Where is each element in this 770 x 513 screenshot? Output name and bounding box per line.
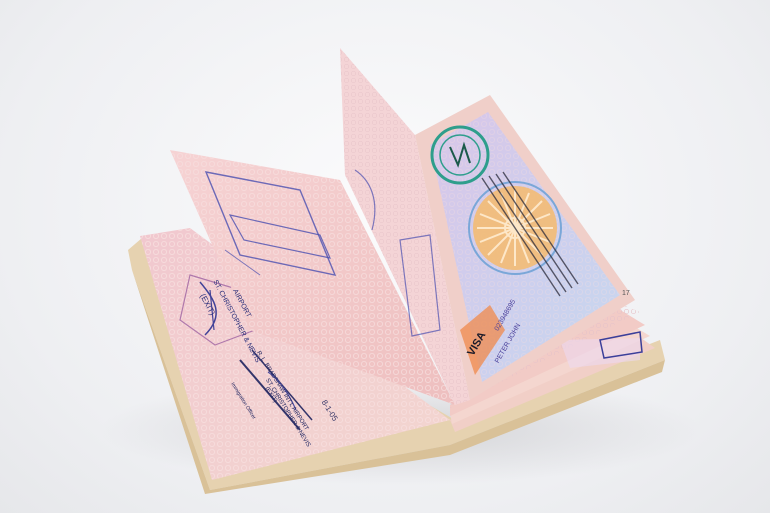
passport-illustration	[0, 0, 770, 513]
page-number: 17	[622, 290, 630, 297]
passport-photo: (EXIT) ST. CHRISTOPHER & NEVIS AIRPORT R…	[0, 0, 770, 513]
